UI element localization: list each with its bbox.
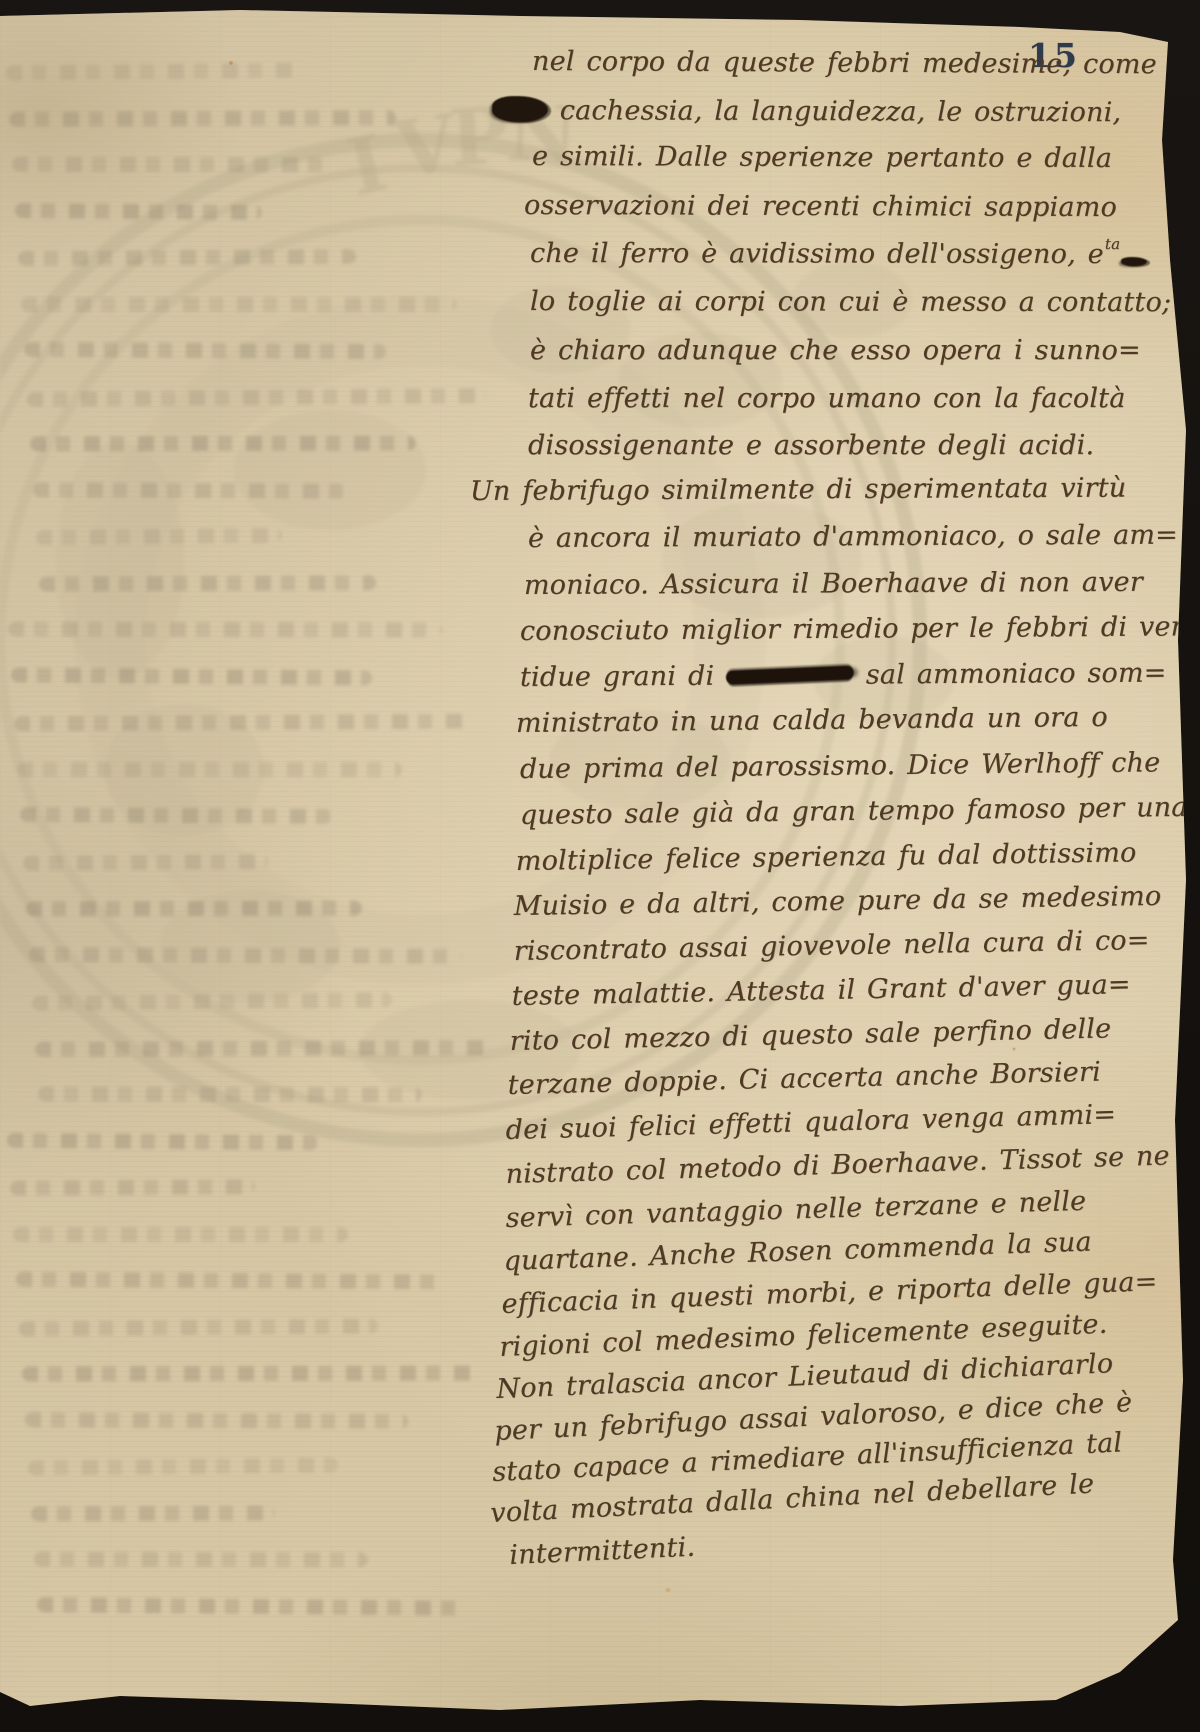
text-line: intermittenti. [509,1534,696,1569]
text-line: lo toglie ai corpi con cui è messo a con… [530,288,1171,316]
text-line: moltiplice felice sperienza fu dal dotti… [516,839,1137,875]
text-line: cachessia, la languidezza, le ostruzioni… [492,96,1121,126]
text-line: rito col mezzo di questo sale perfino de… [509,1015,1111,1055]
text-line: conosciuto miglior rimedio per le febbri… [520,613,1200,645]
manuscript-text: nel corpo da queste febbri medesime, com… [0,0,1200,1732]
scanned-document: IVPN 15 nel corpo da queste febbri medes… [0,0,1200,1732]
text-line: è chiaro adunque che esso opera i sunno= [530,337,1141,364]
text-line: nistrato col metodo di Boerhaave. Tissot… [505,1142,1170,1188]
text-line: è ancora il muriato d'ammoniaco, o sale … [528,522,1178,552]
text-line: ministrato in una calda bevanda un ora o [516,704,1108,737]
text-line: moniaco. Assicura il Boerhaave di non av… [524,569,1143,599]
text-line: e simili. Dalle sperienze pertanto e dal… [532,143,1112,172]
manuscript-page: IVPN 15 nel corpo da queste febbri medes… [0,0,1200,1732]
text-line: due prima del parossismo. Dice Werlhoff … [520,749,1161,783]
text-line: tati effetti nel corpo umano con la faco… [528,385,1126,412]
text-line: riscontrato assai giovevole nella cura d… [514,927,1150,965]
ink-blot [1121,257,1147,266]
text-line: nel corpo da queste febbri medesime, com… [532,48,1194,78]
text-line: Muisio e da altri, come pure da se medes… [514,883,1162,920]
superscript-insertion: ta [1105,237,1120,252]
text-line: tidue grani di sal ammoniaco som= [520,659,1167,691]
text-line: disossigenante e assorbente degli acidi. [528,432,1094,459]
text-line: quartane. Anche Rosen commenda la sua [503,1229,1092,1275]
text-line: dei suoi felici effetti qualora venga am… [505,1101,1116,1144]
text-line: teste malattie. Attesta il Grant d'aver … [511,971,1130,1010]
text-line: che il ferro è avidissimo dell'ossigeno,… [530,240,1147,268]
text-line: osservazioni dei recenti chimici sappiam… [524,192,1117,221]
strikethrough-ink-blot [726,665,854,684]
text-line: questo sale già da gran tempo famoso per… [520,794,1188,829]
text-line: servì con vantaggio nelle terzane e nell… [505,1188,1086,1232]
text-line: Un febrifugo similmente di sperimentata … [470,475,1127,505]
ink-blot [492,96,548,122]
text-line: terzane doppie. Ci accerta anche Borsier… [507,1059,1101,1099]
